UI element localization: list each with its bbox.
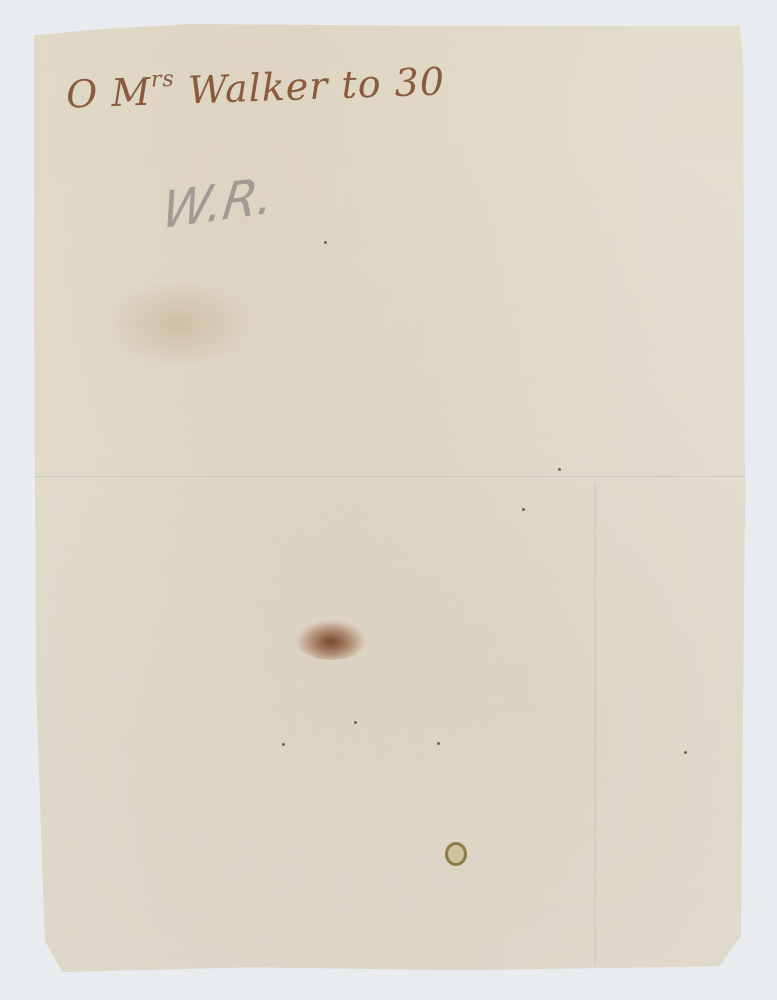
- foxing-spot: [437, 742, 440, 745]
- small-ring-stain: [445, 842, 467, 866]
- horizontal-fold-crease: [34, 476, 748, 479]
- ink-blot-stain: [296, 620, 366, 660]
- foxing-spot: [558, 468, 561, 471]
- foxing-spot: [282, 743, 285, 746]
- inscription-name: Walker: [187, 63, 329, 112]
- pencil-notation: W.R.: [159, 165, 277, 240]
- inscription-title: Mrs: [111, 69, 176, 115]
- vertical-fold-crease: [594, 484, 596, 964]
- foxing-spot: [354, 721, 357, 724]
- water-stain: [104, 279, 254, 369]
- foxing-spot: [324, 241, 327, 244]
- aged-paper-sheet: O Mrs Walker to 30 W.R.: [34, 24, 748, 974]
- inscription-suffix: to 30: [341, 59, 446, 107]
- foxing-spot: [522, 508, 525, 511]
- foxing-spot: [684, 751, 687, 754]
- inscription-prefix: O: [65, 72, 99, 117]
- ink-inscription: O Mrs Walker to 30: [65, 57, 445, 116]
